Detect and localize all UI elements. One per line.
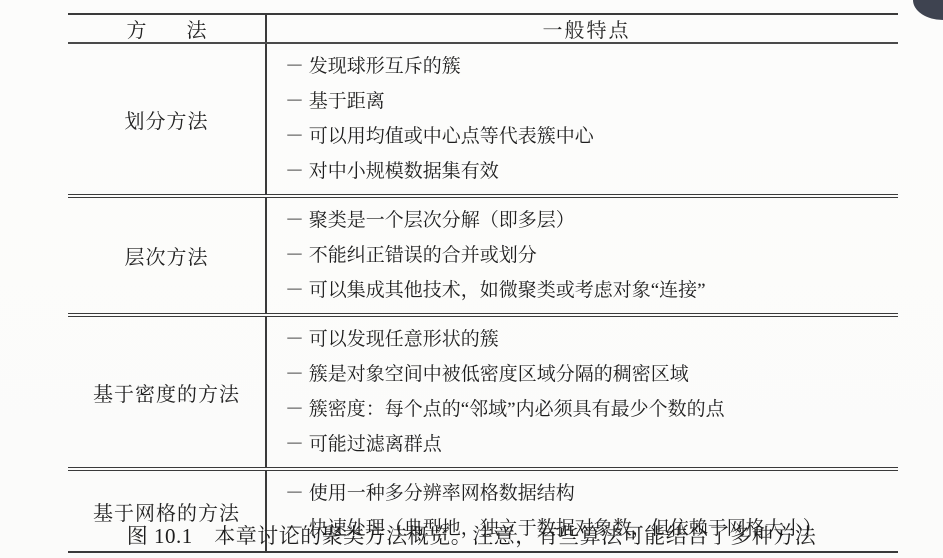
header-cell-method: 方 法: [68, 15, 267, 42]
features-cell-density-based: － 可以发现任意形状的簇 － 簇是对象空间中被低密度区域分隔的稠密区域 － 簇密…: [267, 317, 898, 467]
feature-line: － 聚类是一个层次分解（即多层）: [285, 203, 888, 238]
feature-line: － 不能纠正错误的合并或划分: [285, 238, 888, 273]
table-row-partitioning: 划分方法 － 发现球形互斥的簇 － 基于距离 － 可以用均值或中心点等代表簇中心…: [68, 44, 898, 198]
feature-line: － 使用一种多分辨率网格数据结构: [285, 476, 888, 511]
feature-line: － 对中小规模数据集有效: [285, 154, 888, 189]
scanned-page: 方 法 一般特点 划分方法 － 发现球形互斥的簇 － 基于距离 － 可以用均值或…: [0, 0, 943, 558]
feature-line: － 可以用均值或中心点等代表簇中心: [285, 119, 888, 154]
figure-caption: 图 10.1 本章讨论的聚类方法概览。注意，有些算法可能结合了多种方法: [0, 520, 943, 550]
features-cell-partitioning: － 发现球形互斥的簇 － 基于距离 － 可以用均值或中心点等代表簇中心 － 对中…: [267, 44, 898, 194]
feature-line: － 簇密度：每个点的“邻域”内必须具有最少个数的点: [285, 392, 888, 427]
feature-line: － 可以发现任意形状的簇: [285, 322, 888, 357]
table-row-hierarchical: 层次方法 － 聚类是一个层次分解（即多层） － 不能纠正错误的合并或划分 － 可…: [68, 198, 898, 317]
method-label-partitioning: 划分方法: [68, 44, 267, 194]
method-label-density-based: 基于密度的方法: [68, 317, 267, 467]
feature-line: － 可能过滤离群点: [285, 427, 888, 462]
method-label-hierarchical: 层次方法: [68, 198, 267, 313]
page-corner-scan-artifact: [913, 0, 943, 20]
header-features-label: 一般特点: [543, 14, 631, 43]
feature-line: － 簇是对象空间中被低密度区域分隔的稠密区域: [285, 357, 888, 392]
features-cell-hierarchical: － 聚类是一个层次分解（即多层） － 不能纠正错误的合并或划分 － 可以集成其他…: [267, 198, 898, 313]
feature-line: － 基于距离: [285, 84, 888, 119]
feature-line: － 可以集成其他技术，如微聚类或考虑对象“连接”: [285, 273, 888, 308]
header-method-label: 方 法: [127, 14, 207, 43]
header-cell-features: 一般特点: [267, 15, 898, 42]
table-row-density-based: 基于密度的方法 － 可以发现任意形状的簇 － 簇是对象空间中被低密度区域分隔的稠…: [68, 317, 898, 471]
table-header-row: 方 法 一般特点: [68, 15, 898, 44]
clustering-methods-table: 方 法 一般特点 划分方法 － 发现球形互斥的簇 － 基于距离 － 可以用均值或…: [68, 13, 898, 553]
feature-line: － 发现球形互斥的簇: [285, 49, 888, 84]
